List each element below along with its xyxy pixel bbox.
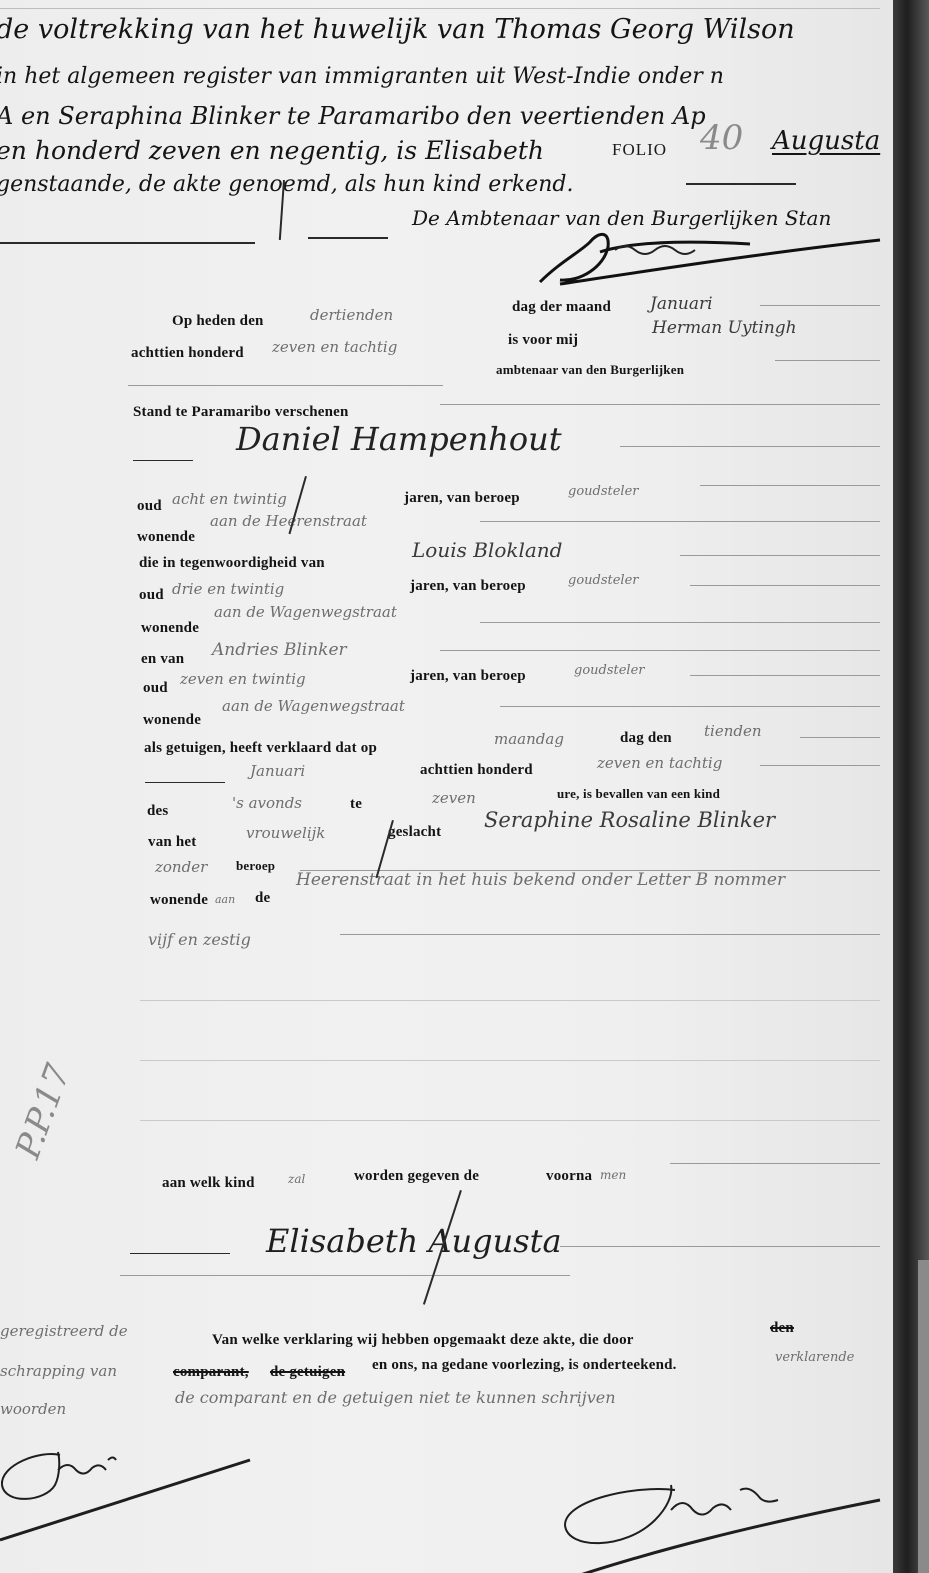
printed-te: te	[350, 796, 362, 813]
rule	[680, 555, 880, 556]
hand-mother-residence: Heerenstraat in het huis bekend onder Le…	[296, 870, 785, 890]
hand-age-witness2: zeven en twintig	[180, 670, 306, 688]
annotation-line-5: genstaande, de akte genoemd, als hun kin…	[0, 172, 573, 197]
printed-jaren-van-beroep-2: jaren, van beroep	[410, 578, 526, 595]
rule	[340, 934, 880, 935]
rule	[620, 446, 880, 447]
printed-die-in-tegenwoordigheid-van: die in tegenwoordigheid van	[139, 555, 325, 572]
hand-birth-day: tienden	[704, 722, 762, 740]
annotation-dash-left	[0, 242, 255, 244]
rule	[130, 1253, 230, 1254]
hand-sex: vrouwelijk	[246, 824, 325, 842]
hand-weekday: maandag	[494, 730, 564, 748]
printed-wonende-2: wonende	[141, 620, 199, 637]
hand-officer-name: Herman Uytingh	[652, 318, 797, 338]
hand-occupation-declarant: goudsteler	[568, 484, 639, 499]
printed-aan-welk-kind: aan welk kind	[162, 1175, 255, 1192]
printed-jaren-van-beroep-3: jaren, van beroep	[410, 668, 526, 685]
hand-mother-name: Seraphine Rosaline Blinker	[484, 808, 775, 832]
margin-note-2: schrapping van	[0, 1362, 117, 1380]
hand-closing-line-3: de comparant en de getuigen niet te kunn…	[175, 1388, 616, 1407]
rule	[140, 1120, 880, 1121]
rule	[760, 765, 880, 766]
hand-residence-witness1: aan de Wagenwegstraat	[214, 603, 397, 621]
rule	[670, 1163, 880, 1164]
rule	[140, 1060, 880, 1061]
rule	[560, 1246, 880, 1247]
printed-des: des	[147, 803, 168, 820]
hand-house-number: vijf en zestig	[148, 930, 251, 949]
hand-residence-declarant: aan de Heerenstraat	[210, 512, 367, 530]
signature-bottom-left	[0, 1440, 260, 1540]
annotation-dash	[686, 183, 796, 185]
printed-jaren-van-beroep: jaren, van beroep	[404, 490, 520, 507]
printed-beroep: beroep	[236, 858, 275, 874]
printed-wonende: wonende	[137, 529, 195, 546]
printed-voorna: voorna	[546, 1168, 592, 1185]
annotation-line-3: A en Seraphina Blinker te Paramaribo den…	[0, 102, 706, 130]
rule	[690, 675, 880, 676]
printed-geslacht: geslacht	[388, 824, 441, 841]
hand-men: men	[600, 1168, 626, 1182]
hand-year: zeven en tachtig	[272, 338, 397, 356]
printed-struck-den: den	[770, 1320, 794, 1337]
rule	[800, 737, 880, 738]
printed-struck-getuigen: de getuigen	[270, 1364, 345, 1381]
printed-struck-comparant: comparant,	[173, 1364, 249, 1381]
folio-number: 40	[700, 118, 743, 158]
hand-residence-witness2: aan de Wagenwegstraat	[222, 697, 405, 715]
rule	[133, 460, 193, 461]
annotation-augusta: Augusta	[772, 126, 880, 156]
printed-achttien-honderd: achttien honderd	[131, 345, 244, 362]
rule	[145, 782, 225, 783]
rule	[690, 585, 880, 586]
hand-birth-year: zeven en tachtig	[597, 754, 722, 772]
hand-hour: zeven	[432, 789, 476, 807]
printed-is-voor-mij: is voor mij	[508, 332, 578, 349]
printed-oud: oud	[137, 498, 162, 515]
annotation-line-2: in het algemeen register van immigranten…	[0, 64, 724, 89]
printed-oud-3: oud	[143, 680, 168, 697]
rule	[775, 360, 880, 361]
rule	[500, 706, 880, 707]
rule	[120, 1275, 570, 1276]
printed-oud-2: oud	[139, 587, 164, 604]
hand-birth-month: Januari	[250, 762, 305, 780]
hand-verklarende: verklarende	[775, 1350, 854, 1365]
top-rule	[0, 8, 880, 9]
rule	[480, 622, 880, 623]
hand-mother-occupation: zonder	[155, 858, 207, 876]
printed-ure-is-bevallen: ure, is bevallen van een kind	[557, 786, 720, 802]
rule	[140, 1000, 880, 1001]
printed-en-van: en van	[141, 651, 184, 668]
hand-child-names: Elisabeth Augusta	[266, 1222, 562, 1260]
printed-closing-line-2: en ons, na gedane voorlezing, is onderte…	[372, 1357, 677, 1374]
hand-declarant-name: Daniel Hampenhout	[236, 420, 562, 458]
signature-bottom-right	[555, 1470, 885, 1573]
binding-edge-lower	[918, 1260, 929, 1573]
hand-zal: zal	[288, 1172, 305, 1186]
hand-occupation-witness2: goudsteler	[574, 663, 645, 678]
margin-note-3: woorden	[0, 1400, 66, 1418]
annotation-line-1: de voltrekking van het huwelijk van Thom…	[0, 14, 795, 45]
officer-signature-top	[520, 222, 890, 292]
printed-worden-gegeven-de: worden gegeven de	[354, 1168, 479, 1185]
printed-stand-te-paramaribo: Stand te Paramaribo verschenen	[133, 404, 349, 421]
rule	[480, 521, 880, 522]
printed-als-getuigen: als getuigen, heeft verklaard dat op	[144, 740, 377, 757]
rule	[700, 485, 880, 486]
hand-age-witness1: drie en twintig	[172, 580, 284, 598]
hand-witness2-name: Andries Blinker	[212, 640, 347, 660]
printed-op-heden-den: Op heden den	[172, 313, 264, 330]
hand-month: Januari	[650, 294, 713, 314]
hand-witness1-name: Louis Blokland	[412, 538, 562, 562]
folio-label: FOLIO	[612, 140, 667, 160]
hand-aan: aan	[215, 893, 235, 906]
rule	[440, 650, 880, 651]
printed-dag-der-maand: dag der maand	[512, 299, 611, 316]
hand-age-declarant: acht en twintig	[172, 490, 287, 508]
printed-van-het: van het	[148, 834, 197, 851]
printed-de: de	[255, 890, 270, 907]
rule	[128, 385, 443, 386]
hand-time-of-day: 's avonds	[232, 794, 302, 812]
rule	[440, 404, 880, 405]
printed-wonende-3: wonende	[143, 712, 201, 729]
printed-ambtenaar: ambtenaar van den Burgerlijken	[496, 362, 684, 378]
hand-day: dertienden	[310, 306, 393, 324]
rule	[760, 305, 880, 306]
margin-note-1: geregistreerd de	[0, 1322, 128, 1340]
printed-achttien-honderd-2: achttien honderd	[420, 762, 533, 779]
hand-occupation-witness1: goudsteler	[568, 573, 639, 588]
printed-wonende-4: wonende	[150, 892, 208, 909]
annotation-dash-mid	[308, 237, 388, 239]
printed-closing-line-1: Van welke verklaring wij hebben opgemaak…	[212, 1332, 634, 1349]
annotation-line-4: en honderd zeven en negentig, is Elisabe…	[0, 136, 544, 165]
printed-dag-den: dag den	[620, 730, 672, 747]
